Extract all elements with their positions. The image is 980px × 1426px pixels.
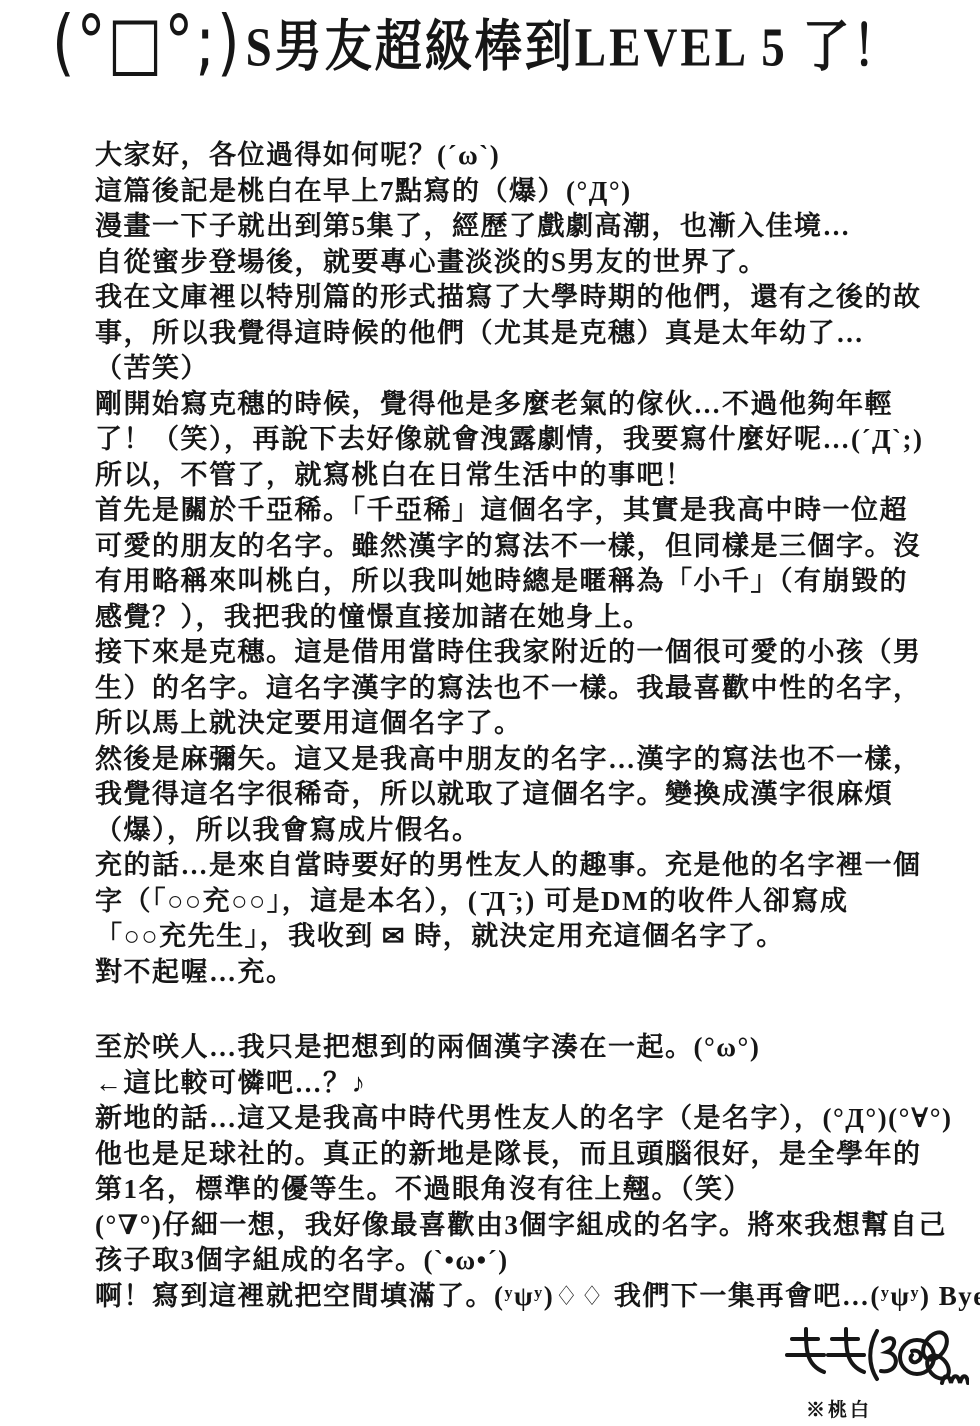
author-signature-doodle [784,1319,969,1397]
text-line: 可愛的朋友的名字。雖然漢字的寫法不一樣，但同樣是三個字。沒 [95,529,962,565]
text-line: 所以馬上就決定要用這個名字了。 [95,706,962,742]
text-line: （苦笑） [95,351,962,387]
text-line: 大家好，各位過得如何呢？(´ω`) [95,138,962,174]
afterword-paragraph-2: 至於咲人…我只是把想到的兩個漢字湊在一起。(°ω°)←這比較可憐吧…？♪新地的話… [95,1030,962,1314]
author-signature: ※桃白 [766,1319,966,1422]
text-line: 新地的話…這又是我高中時代男性友人的名字（是名字），(°Д°)(°∀°) [95,1101,962,1137]
signature-caption: ※桃白 [806,1395,966,1422]
text-line: (°∇°)仔細一想，我好像最喜歡由3個字組成的名字。將來我想幫自己 [95,1208,962,1244]
text-line: 對不起喔…充。 [95,955,962,991]
text-line: 我在文庫裡以特別篇的形式描寫了大學時期的他們，還有之後的故 [95,280,962,316]
text-line: 接下來是克穗。這是借用當時住我家附近的一個很可愛的小孩（男 [95,635,962,671]
text-line: 第1名，標準的優等生。不過眼角沒有往上翹。（笑） [95,1172,962,1208]
text-line: 孩子取3個字組成的名字。(ˋ•ω•ˊ) [95,1243,962,1279]
text-line: 充的話…是來自當時要好的男性友人的趣事。充是他的名字裡一個 [95,848,962,884]
text-line: 至於咲人…我只是把想到的兩個漢字湊在一起。(°ω°) [95,1030,962,1066]
afterword-paragraph-1: 大家好，各位過得如何呢？(´ω`)這篇後記是桃白在早上7點寫的（爆）(°Д°)漫… [95,138,962,990]
text-line: ←這比較可憐吧…？♪ [95,1066,962,1102]
text-line: 他也是足球社的。真正的新地是隊長，而且頭腦很好，是全學年的 [95,1137,962,1173]
text-line: 剛開始寫克穗的時候，覺得他是多麼老氣的傢伙…不過他夠年輕 [95,387,962,423]
text-line: 生）的名字。這名字漢字的寫法也不一樣。我最喜歡中性的名字， [95,671,962,707]
title-kaomoji: (°□°;) [52,0,242,85]
text-line: 漫畫一下子就出到第5集了，經歷了戲劇高潮，也漸入佳境… [95,209,962,245]
text-line: 這篇後記是桃白在早上7點寫的（爆）(°Д°) [95,174,962,210]
text-line: 「○○充先生」，我收到 ✉ 時，就決定用充這個名字了。 [95,919,962,955]
text-line: 了！（笑），再說下去好像就會洩露劇情，我要寫什麼好呢…(´Д`;) [95,422,962,458]
text-line: （爆），所以我會寫成片假名。 [95,813,962,849]
text-line: 感覺？），我把我的憧憬直接加諸在她身上。 [95,600,962,636]
page-title-text: S男友超級棒到LEVEL 5 了！ [246,2,903,81]
page-title: (°□°;) S男友超級棒到LEVEL 5 了！ [52,8,970,76]
text-line: 所以，不管了，就寫桃白在日常生活中的事吧！ [95,458,962,494]
text-line: 事，所以我覺得這時候的他們（尤其是克穗）真是太年幼了… [95,316,962,352]
text-line: 首先是關於千亞稀。「千亞稀」這個名字，其實是我高中時一位超 [95,493,962,529]
text-line: 然後是麻彌矢。這又是我高中朋友的名字…漢字的寫法也不一樣， [95,742,962,778]
afterword-page: (°□°;) S男友超級棒到LEVEL 5 了！ 大家好，各位過得如何呢？(´ω… [0,0,980,1426]
text-line: 有用略稱來叫桃白，所以我叫她時總是暱稱為「小千」（有崩毀的 [95,564,962,600]
text-line: 字（「○○充○○」，這是本名），( ̄Д ̄;) 可是DM的收件人卻寫成 [95,884,962,920]
text-line: 啊！寫到這裡就把空間填滿了。(ʸψʸ)♢♢ 我們下一集再會吧…(ʸψʸ) Bye… [95,1279,962,1315]
text-line: 我覺得這名字很稀奇，所以就取了這個名字。變換成漢字很麻煩 [95,777,962,813]
text-line: 自從蜜步登場後，就要專心畫淡淡的S男友的世界了。 [95,245,962,281]
